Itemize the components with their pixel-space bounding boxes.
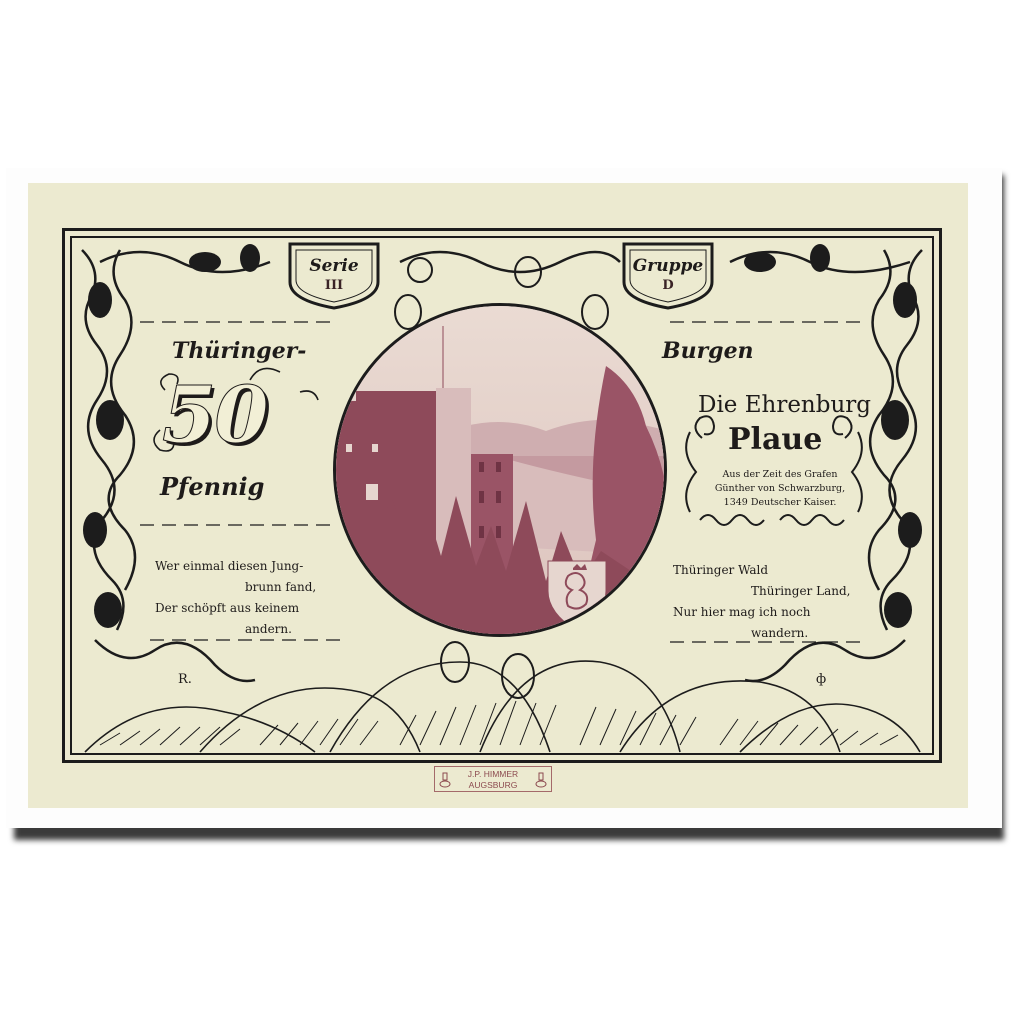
denomination: 50	[162, 370, 267, 461]
place-name: Plaue	[728, 422, 822, 457]
group-label: Gruppe	[620, 256, 716, 276]
poem-left: Wer einmal diesen Jung- brunn fand, Der …	[155, 556, 345, 640]
castle-vignette	[333, 303, 667, 637]
poem-line: brunn fand,	[155, 577, 345, 598]
castle-name: Die Ehrenburg	[698, 392, 871, 418]
history-line: Aus der Zeit des Grafen	[690, 468, 870, 482]
castle-illustration	[336, 306, 667, 637]
poem-line: Wer einmal diesen Jung-	[155, 556, 345, 577]
printing-stamp-icon	[439, 772, 451, 788]
currency-label: Pfennig	[160, 472, 264, 501]
group-shield: Gruppe D	[620, 240, 716, 310]
poem-line: Nur hier mag ich noch	[673, 602, 873, 623]
artist-mark-left: R.	[178, 672, 192, 687]
series-shield: Serie III	[286, 240, 382, 310]
printer-city: AUGSBURG	[435, 780, 551, 791]
series-value: III	[286, 278, 382, 293]
poem-right: Thüringer Wald Thüringer Land, Nur hier …	[673, 560, 873, 644]
artist-mark-right: ф	[816, 672, 826, 687]
history-inscription: Aus der Zeit des Grafen Günther von Schw…	[690, 468, 870, 510]
poem-line: Thüringer Land,	[673, 581, 873, 602]
printer-imprint: J.P. HIMMER AUGSBURG	[434, 766, 552, 792]
poem-line: Thüringer Wald	[673, 560, 873, 581]
history-line: Günther von Schwarzburg,	[690, 482, 870, 496]
title-left: Thüringer-	[172, 338, 306, 364]
history-line: 1349 Deutscher Kaiser.	[690, 496, 870, 510]
group-value: D	[620, 278, 716, 293]
series-label: Serie	[286, 256, 382, 276]
printing-stamp-icon	[535, 772, 547, 788]
printer-name: J.P. HIMMER	[435, 769, 551, 780]
title-right: Burgen	[662, 338, 754, 364]
poem-line: wandern.	[673, 623, 873, 644]
poem-line: andern.	[155, 619, 345, 640]
poem-line: Der schöpft aus keinem	[155, 598, 345, 619]
